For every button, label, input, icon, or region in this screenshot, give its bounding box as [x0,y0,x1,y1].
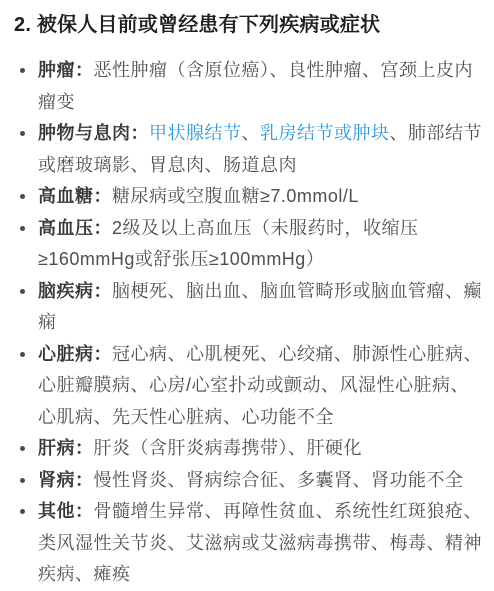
disease-list-item: 肝病：肝炎（含肝炎病毒携带）、肝硬化 [14,433,490,465]
disease-category-label: 脑疾病： [38,281,112,301]
disease-text: 糖尿病或空腹血糖≥7.0mmol/L [112,186,359,206]
disease-text: 、 [242,123,261,143]
disease-list-item: 脑疾病：脑梗死、脑出血、脑血管畸形或脑血管瘤、癫痫 [14,276,490,339]
disease-category-label: 其他： [38,501,94,521]
disease-category-label: 肿物与息肉： [38,123,149,143]
disease-list-item: 高血压：2级及以上高血压（未服药时，收缩压≥160mmHg或舒张压≥100mmH… [14,213,490,276]
bullet-icon [20,352,25,357]
bullet-icon [20,289,25,294]
disease-item-text: 恶性肿瘤（含原位癌）、良性肿瘤、宫颈上皮内瘤变 [38,60,473,112]
disease-item-text: 糖尿病或空腹血糖≥7.0mmol/L [112,186,359,206]
disease-list-item: 心脏病：冠心病、心肌梗死、心绞痛、肺源性心脏病、心脏瓣膜病、心房/心室扑动或颤动… [14,339,490,434]
bullet-icon [20,68,25,73]
disease-item-text: 骨髓增生异常、再障性贫血、系统性红斑狼疮、类风湿性关节炎、艾滋病或艾滋病毒携带、… [38,501,482,584]
disease-category-label: 肾病： [38,470,94,490]
bullet-icon [20,226,25,231]
disease-list-item: 肾病：慢性肾炎、肾病综合征、多囊肾、肾功能不全 [14,465,490,497]
disease-category-label: 心脏病： [38,344,112,364]
disease-list-item: 肿瘤：恶性肿瘤（含原位癌）、良性肿瘤、宫颈上皮内瘤变 [14,55,490,118]
disease-category-label: 高血糖： [38,186,112,206]
disease-list-item: 肿物与息肉：甲状腺结节、乳房结节或肿块、肺部结节或磨玻璃影、胃息肉、肠道息肉 [14,118,490,181]
section-title: 2. 被保人目前或曾经患有下列疾病或症状 [14,12,490,38]
disease-text: 慢性肾炎、肾病综合征、多囊肾、肾功能不全 [94,470,464,490]
bullet-icon [20,478,25,483]
disease-list-item: 其他：骨髓增生异常、再障性贫血、系统性红斑狼疮、类风湿性关节炎、艾滋病或艾滋病毒… [14,496,490,591]
bullet-icon [20,131,25,136]
bullet-icon [20,446,25,451]
health-disclosure-section: 2. 被保人目前或曾经患有下列疾病或症状 肿瘤：恶性肿瘤（含原位癌）、良性肿瘤、… [0,0,494,591]
disease-category-label: 肿瘤： [38,60,94,80]
disease-text: 骨髓增生异常、再障性贫血、系统性红斑狼疮、类风湿性关节炎、艾滋病或艾滋病毒携带、… [38,501,482,584]
disease-list: 肿瘤：恶性肿瘤（含原位癌）、良性肿瘤、宫颈上皮内瘤变 肿物与息肉：甲状腺结节、乳… [14,55,490,591]
bullet-icon [20,194,25,199]
disease-link[interactable]: 乳房结节或肿块 [260,123,390,143]
disease-category-label: 肝病： [38,438,94,458]
disease-item-text: 慢性肾炎、肾病综合征、多囊肾、肾功能不全 [94,470,464,490]
disease-link[interactable]: 甲状腺结节 [149,123,242,143]
disease-list-item: 高血糖：糖尿病或空腹血糖≥7.0mmol/L [14,181,490,213]
disease-category-label: 高血压： [38,218,112,238]
disease-text: 肝炎（含肝炎病毒携带）、肝硬化 [94,438,363,458]
disease-item-text: 肝炎（含肝炎病毒携带）、肝硬化 [94,438,363,458]
bullet-icon [20,509,25,514]
disease-text: 恶性肿瘤（含原位癌）、良性肿瘤、宫颈上皮内瘤变 [38,60,473,112]
